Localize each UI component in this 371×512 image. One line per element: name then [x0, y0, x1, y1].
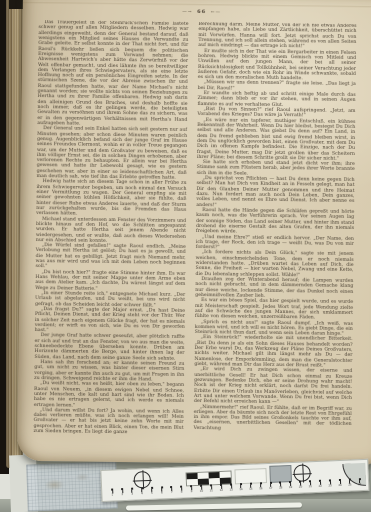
paragraph: Berechnung darin. Meine Mutter, von der …	[198, 22, 356, 50]
ruler-tick: 4	[140, 487, 144, 498]
ruler-tick: 18	[278, 481, 282, 492]
ruler-tick-label: 18	[279, 486, 282, 489]
ruler-tick: 1	[110, 488, 114, 499]
registration-crosshair-icon	[133, 471, 151, 489]
page-number: 66	[195, 9, 208, 15]
ruler-tick-label: 1	[111, 493, 113, 496]
paragraph: „Du bist noch hier?" fragte eine Stimme …	[35, 270, 185, 293]
paragraph: Er wandte sich heftig ab und schritt ein…	[197, 91, 355, 109]
ruler-tick-label: 22	[319, 485, 322, 488]
ruler-tick: 5	[150, 487, 154, 498]
text-column-right: Berechnung darin. Meine Mutter, von der …	[193, 22, 356, 445]
ruler-tick: 13	[229, 483, 233, 494]
ruler-tick-label: 7	[171, 491, 173, 494]
ruler-tick-label: 14	[239, 488, 242, 491]
ruler-tick: 8	[179, 486, 183, 497]
ruler-tick: 3	[130, 488, 134, 499]
ruler-tick-label: 25	[348, 484, 351, 487]
paragraph: Hans sah ihn forschend an; er kannte sei…	[34, 360, 184, 383]
ruler-tick-label: 12	[220, 489, 223, 492]
ruler-tick-label: 16	[259, 487, 262, 490]
ruler-tick: 24	[338, 479, 342, 490]
ruler-tick: 11	[209, 484, 213, 495]
ruler-tick: 9	[189, 485, 193, 496]
paragraph: „Die Würfel sind gefallen!" sagte Raoul …	[35, 243, 185, 271]
ruler-tick-label: 4	[141, 492, 143, 495]
paragraph: „Er wird Dich zu zwingen wissen, der eis…	[194, 367, 352, 406]
ruler-tick: 10	[199, 485, 203, 496]
ruler-tick: 17	[268, 482, 272, 493]
ruler-tick: 26	[358, 478, 362, 489]
paragraph: „Das fragst Du?" sagte der Major ernst. …	[35, 307, 185, 335]
paragraph: „Ein Steinrück!" wiederholte sie mit une…	[194, 335, 352, 369]
ruler-tick-label: 9	[191, 490, 193, 493]
ruler-tick: 25	[348, 478, 352, 489]
ruler-tick: 2	[120, 488, 124, 499]
paragraph: „Du sprichst von Pflichten — hast Du den…	[196, 176, 354, 210]
paragraph: Der General und sein Enkel hatten sich s…	[37, 126, 188, 181]
ruler-tick: 23	[328, 479, 332, 490]
paragraph: „In einer Stunde reite ich," entgegnete …	[35, 291, 185, 309]
page-header: —→ 66 ←—	[23, 7, 371, 17]
ruler-tick: 15	[249, 483, 253, 494]
ruler-tick-label: 26	[358, 483, 361, 486]
ruler-tick: 21	[308, 480, 312, 491]
ruler-tick-label: 10	[200, 490, 203, 493]
ruler-tick-label: 6	[161, 491, 163, 494]
paragraph: „Du weißt nicht, was es heißt, hier oben…	[34, 381, 184, 409]
ruler-tick: 20	[298, 481, 302, 492]
paragraph: Raoul hatte die Hände gegen die Schläfen…	[196, 208, 354, 236]
paragraph: Der junge Graf hatte schwer geseufzt, ab…	[34, 333, 184, 361]
text-column-left: Das Trauergeleit in der Steinrück'schen …	[33, 20, 188, 443]
ruler-tick-label: 17	[269, 487, 272, 490]
ruler-tick-label: 3	[131, 493, 133, 496]
header-ornament-right: ←—	[211, 10, 221, 15]
ruler-tick: 16	[259, 482, 263, 493]
paragraph: „Es wäre nur ein tapferer, muthiger Ents…	[197, 118, 356, 162]
ruler-tick-label: 11	[210, 489, 213, 492]
ruler-tick: 19	[288, 481, 292, 492]
ruler-tick-label: 2	[121, 493, 123, 496]
ruler-tick: 12	[219, 484, 223, 495]
ruler-tick-label: 21	[309, 485, 312, 488]
ruler-tick-label: 15	[249, 488, 252, 491]
registration-crosshair-icon	[293, 464, 311, 482]
paragraph: Es war ein böses Spiel, das hier gespiel…	[195, 298, 353, 321]
paragraph: Michael stand unterdessen am Fenster des…	[36, 217, 186, 245]
ruler-tick-label: 13	[229, 488, 232, 491]
paragraph: „Und darum willst Du fort? Ja wohin, und…	[33, 408, 183, 436]
ruler-tick: 14	[239, 483, 243, 494]
header-ornament-left: —→	[182, 10, 192, 15]
paragraph: „Ich fordere nichts als Dein Glück," sag…	[195, 250, 353, 278]
ruler-tick: 6	[160, 486, 164, 497]
ruler-tick-label: 19	[289, 486, 292, 489]
paragraph: Hedwig hatte sich an diesem Tage schon i…	[36, 179, 186, 218]
paragraph: Draußen zog der Winterabend herauf; die …	[195, 277, 353, 300]
ruler-tick-label: 5	[151, 492, 153, 495]
ruler-tick-label: 24	[338, 484, 341, 487]
paragraph: „Nimmermehr!" rief Raoul. Er fühlte, daß…	[194, 404, 352, 432]
ruler-tick-label: 23	[328, 484, 331, 487]
ruler-tick: 22	[318, 480, 322, 491]
scanned-book-page: —→ 66 ←— Das Trauergeleit in der Steinrü…	[17, 0, 371, 465]
ruler-tick: 7	[170, 486, 174, 497]
paragraph: Er mußte sich in der That wie ein Bergar…	[198, 49, 356, 83]
ruler-tick-label: 20	[299, 486, 302, 489]
ruler-tick-label: 8	[181, 491, 183, 494]
paragraph: Das Trauergeleit in der Steinrück'schen …	[37, 20, 188, 128]
calibration-ruler-strip: 1234567891011121314151617181920212223242…	[100, 459, 369, 502]
